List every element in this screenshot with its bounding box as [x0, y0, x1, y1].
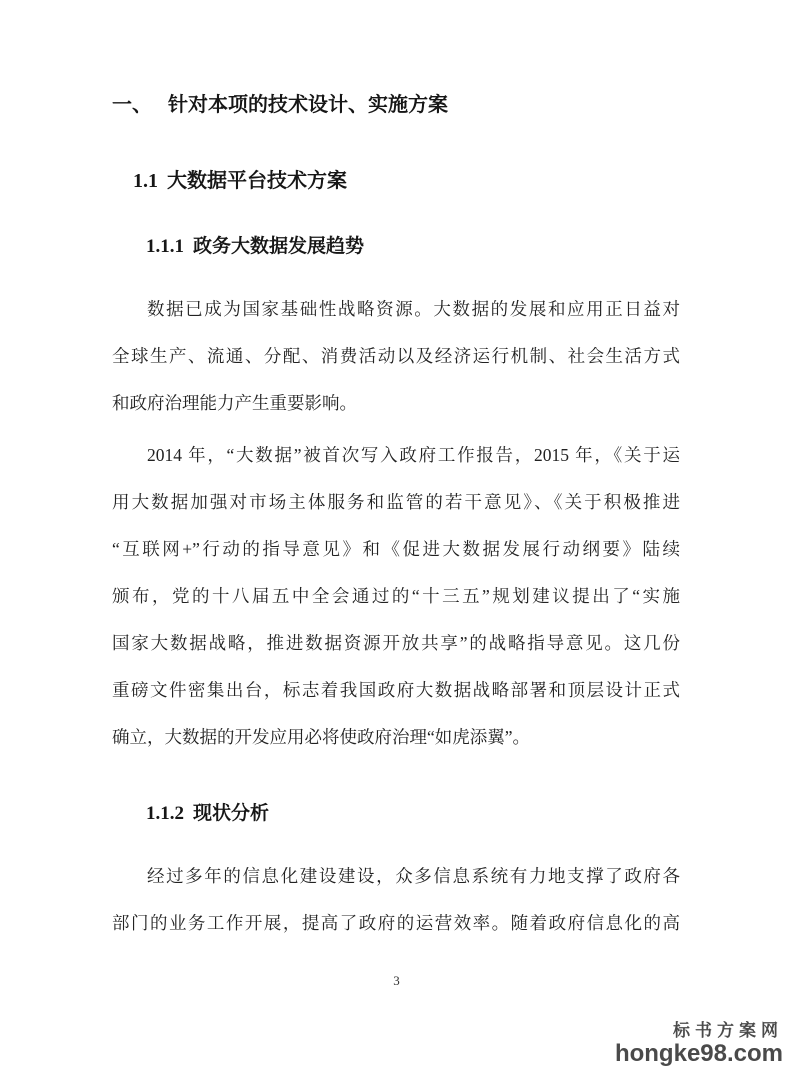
- heading-1-1-text: 大数据平台技术方案: [167, 170, 347, 192]
- paragraph-line: 用大数据加强对市场主体服务和监管的若干意见》、《关于积极推进: [112, 479, 680, 526]
- heading-1-1-2: 1.1.2现状分析: [146, 799, 680, 829]
- heading-1-1-numbering: 1.1: [133, 166, 158, 196]
- paragraph-3: 经过多年的信息化建设建设，众多信息系统有力地支撑了政府各 部门的业务工作开展，提…: [112, 853, 680, 947]
- paragraph-1: 数据已成为国家基础性战略资源。大数据的发展和应用正日益对 全球生产、流通、分配、…: [112, 286, 680, 427]
- heading-section-1-text: 针对本项的技术设计、实施方案: [168, 94, 448, 116]
- heading-section-1: 一、针对本项的技术设计、实施方案: [112, 90, 680, 120]
- document-content: 一、针对本项的技术设计、实施方案 1.1大数据平台技术方案 1.1.1政务大数据…: [112, 0, 680, 947]
- heading-1-1-1: 1.1.1政务大数据发展趋势: [146, 232, 680, 262]
- paragraph-line: 2014 年，“大数据”被首次写入政府工作报告，2015 年，《关于运: [112, 432, 680, 479]
- document-page: 一、针对本项的技术设计、实施方案 1.1大数据平台技术方案 1.1.1政务大数据…: [0, 0, 793, 1077]
- heading-1-1-1-text: 政务大数据发展趋势: [193, 236, 364, 257]
- paragraph-line: 国家大数据战略，推进数据资源开放共享”的战略指导意见。这几份: [112, 620, 680, 667]
- paragraph-line: 和政府治理能力产生重要影响。: [112, 380, 680, 427]
- paragraph-line: “互联网+”行动的指导意见》和《促进大数据发展行动纲要》陆续: [112, 526, 680, 573]
- heading-1-1-1-numbering: 1.1.1: [146, 232, 184, 262]
- paragraph-line: 全球生产、流通、分配、消费活动以及经济运行机制、社会生活方式: [112, 333, 680, 380]
- watermark: 标书方案网 hongke98.com: [615, 1022, 783, 1066]
- paragraph-line: 确立，大数据的开发应用必将使政府治理“如虎添翼”。: [112, 714, 680, 761]
- heading-1-1-2-text: 现状分析: [193, 803, 269, 824]
- page-number: 3: [0, 973, 793, 989]
- heading-1-1-2-numbering: 1.1.2: [146, 799, 184, 829]
- paragraph-line: 部门的业务工作开展，提高了政府的运营效率。随着政府信息化的高: [112, 900, 680, 947]
- paragraph-line: 数据已成为国家基础性战略资源。大数据的发展和应用正日益对: [112, 286, 680, 333]
- paragraph-line: 颁布，党的十八届五中全会通过的“十三五”规划建议提出了“实施: [112, 573, 680, 620]
- paragraph-line: 经过多年的信息化建设建设，众多信息系统有力地支撑了政府各: [112, 853, 680, 900]
- watermark-site-name: 标书方案网: [615, 1022, 783, 1041]
- heading-section-1-numbering: 一、: [112, 90, 152, 120]
- paragraph-line: 重磅文件密集出台，标志着我国政府大数据战略部署和顶层设计正式: [112, 667, 680, 714]
- paragraph-2: 2014 年，“大数据”被首次写入政府工作报告，2015 年，《关于运 用大数据…: [112, 432, 680, 761]
- heading-1-1: 1.1大数据平台技术方案: [133, 166, 680, 196]
- watermark-site-url: hongke98.com: [615, 1042, 783, 1066]
